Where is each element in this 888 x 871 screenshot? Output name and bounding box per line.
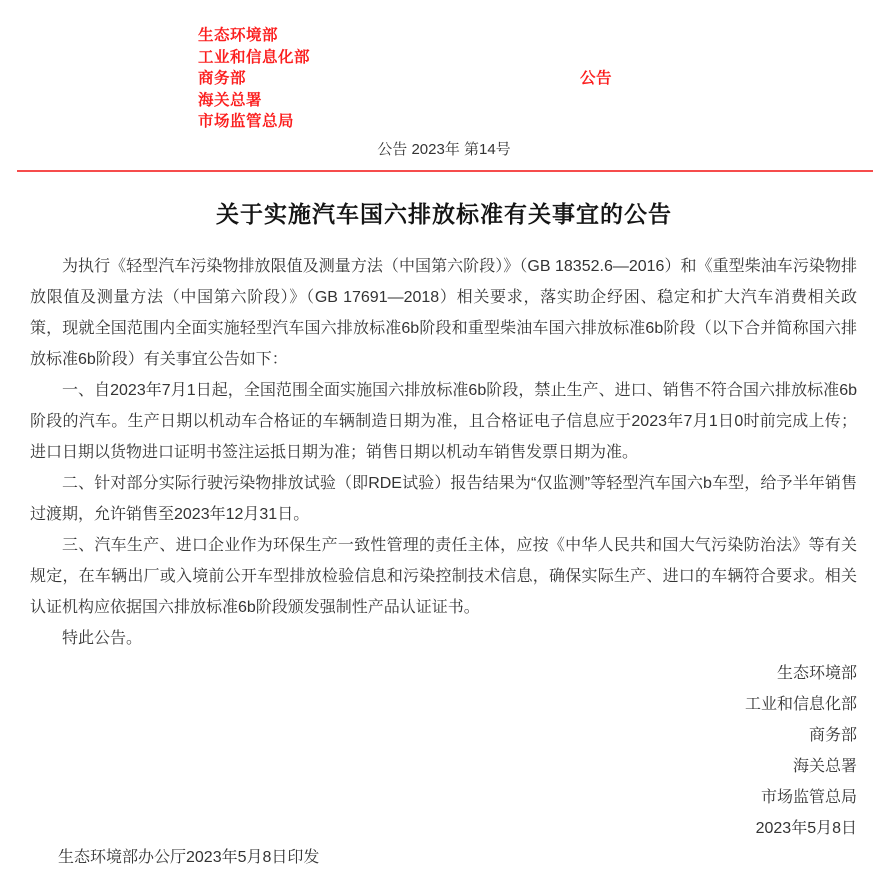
body-paragraph: 特此公告。 (30, 623, 857, 654)
announcement-page: 生态环境部 工业和信息化部 商务部 海关总署 市场监管总局 公告 公告 2023… (0, 0, 888, 871)
page-title: 关于实施汽车国六排放标准有关事宜的公告 (0, 198, 888, 230)
print-issue-note: 生态环境部办公厅2023年5月8日印发 (58, 848, 888, 868)
signature-block: 生态环境部 工业和信息化部 商务部 海关总署 市场监管总局 2023年5月8日 (0, 658, 857, 844)
notice-label: 公告 (580, 68, 612, 90)
agency-name: 商务部 (198, 68, 310, 90)
signature-agency: 海关总署 (0, 751, 857, 782)
agency-name: 市场监管总局 (198, 111, 310, 133)
body-paragraph: 二、针对部分实际行驶污染物排放试验（即RDE试验）报告结果为“仅监测”等轻型汽车… (30, 468, 857, 530)
header-divider (17, 170, 873, 172)
body-paragraph: 一、自2023年7月1日起，全国范围全面实施国六排放标准6b阶段，禁止生产、进口… (30, 375, 857, 468)
signature-date: 2023年5月8日 (0, 813, 857, 844)
signature-agency: 生态环境部 (0, 658, 857, 689)
agency-name: 生态环境部 (198, 25, 310, 47)
signature-agency: 市场监管总局 (0, 782, 857, 813)
document-header: 生态环境部 工业和信息化部 商务部 海关总署 市场监管总局 公告 (0, 0, 888, 133)
signature-agency: 工业和信息化部 (0, 689, 857, 720)
agency-name: 工业和信息化部 (198, 47, 310, 69)
announcement-body: 为执行《轻型汽车污染物排放限值及测量方法（中国第六阶段）》（GB 18352.6… (30, 251, 857, 654)
body-paragraph: 三、汽车生产、进口企业作为环保生产一致性管理的责任主体，应按《中华人民共和国大气… (30, 530, 857, 623)
signature-agency: 商务部 (0, 720, 857, 751)
issuing-agencies: 生态环境部 工业和信息化部 商务部 海关总署 市场监管总局 (198, 25, 310, 133)
body-paragraph: 为执行《轻型汽车污染物排放限值及测量方法（中国第六阶段）》（GB 18352.6… (30, 251, 857, 375)
doc-number: 公告 2023年 第14号 (0, 133, 888, 159)
agency-name: 海关总署 (198, 90, 310, 112)
